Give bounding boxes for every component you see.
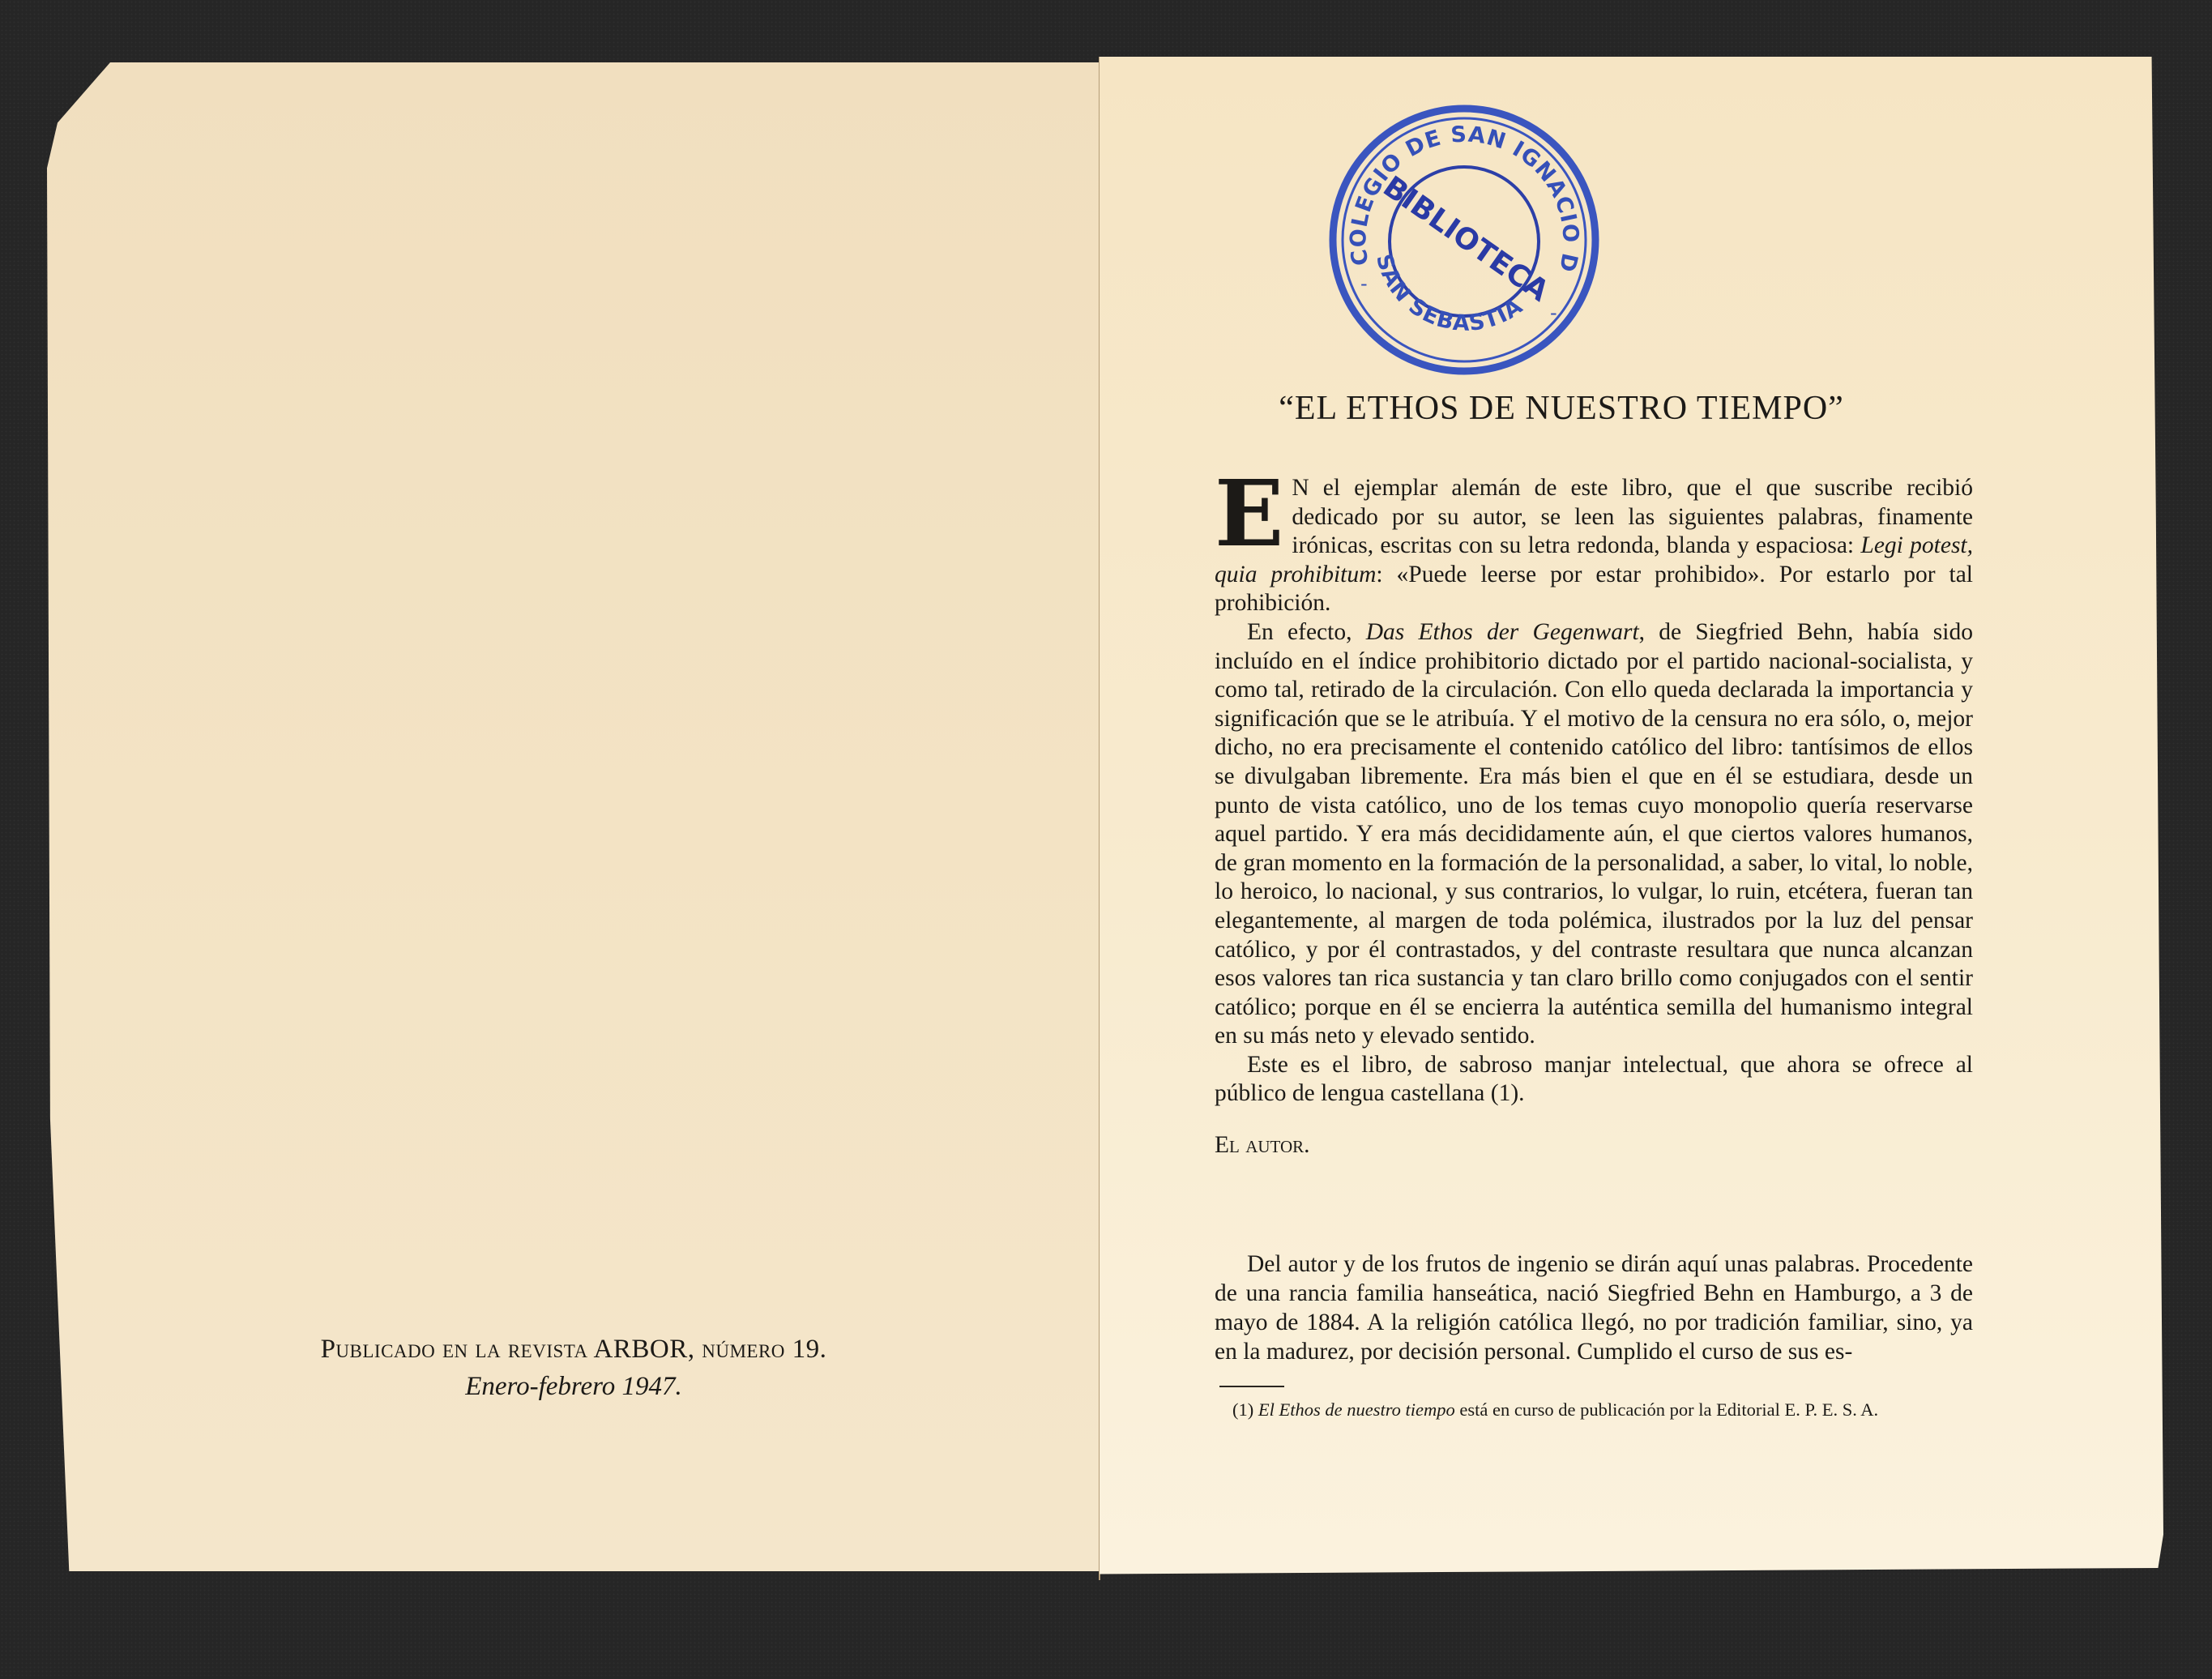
article-body: EN el ejemplar alemán de este libro, que… — [1215, 474, 1973, 1109]
publication-caption: Publicado en la revista ARBOR, número 19… — [47, 1335, 1100, 1365]
right-page: Filo 4-15 COLEGIO DE SAN IGNACIO DE LOYO… — [1100, 57, 2163, 1580]
drop-cap: E — [1215, 479, 1283, 550]
footnote: (1) El Ethos de nuestro tiempo está en c… — [1215, 1399, 1973, 1421]
footnote-divider — [1219, 1386, 1284, 1387]
svg-text:-: - — [1360, 272, 1368, 295]
book-title-german: Das Ethos der Gegenwart — [1366, 619, 1639, 645]
left-page: Publicado en la revista ARBOR, número 19… — [47, 62, 1100, 1571]
article-title: “EL ETHOS DE NUESTRO TIEMPO” — [1100, 389, 2023, 428]
footnote-book-title: El Ethos de nuestro tiempo — [1258, 1399, 1455, 1420]
paragraph-1: EN el ejemplar alemán de este libro, que… — [1215, 474, 1973, 618]
publication-date: Enero-febrero 1947. — [47, 1372, 1100, 1402]
section-heading-text: El autor. — [1215, 1132, 1310, 1158]
journal-name: ARBOR — [594, 1335, 688, 1364]
paragraph-2: En efecto, Das Ethos der Gegenwart, de S… — [1215, 618, 1973, 1051]
lead-letter: N — [1292, 475, 1309, 501]
paragraph-2-text-b: , de Siegfried Behn, había sido incluído… — [1215, 619, 1973, 1049]
paragraph-4: Del autor y de los frutos de ingenio se … — [1215, 1250, 1973, 1366]
caption-number-label: , número — [688, 1335, 785, 1364]
paragraph-3: Este es el libro, de sabroso manjar inte… — [1215, 1051, 1973, 1109]
issue-number: 19. — [792, 1335, 827, 1364]
paragraph-2-text-a: En efecto, — [1247, 619, 1366, 645]
footnote-text: está en curso de publicación por la Edit… — [1455, 1399, 1878, 1420]
svg-text:-: - — [1550, 301, 1557, 324]
author-section-body: Del autor y de los frutos de ingenio se … — [1215, 1250, 1973, 1366]
caption-prefix: Publicado en la revista — [321, 1335, 588, 1364]
footnote-marker: (1) — [1232, 1399, 1253, 1420]
library-stamp-icon: COLEGIO DE SAN IGNACIO DE LOYOLA SAN SEB… — [1326, 102, 1602, 378]
section-heading: El autor. — [1215, 1132, 1310, 1159]
